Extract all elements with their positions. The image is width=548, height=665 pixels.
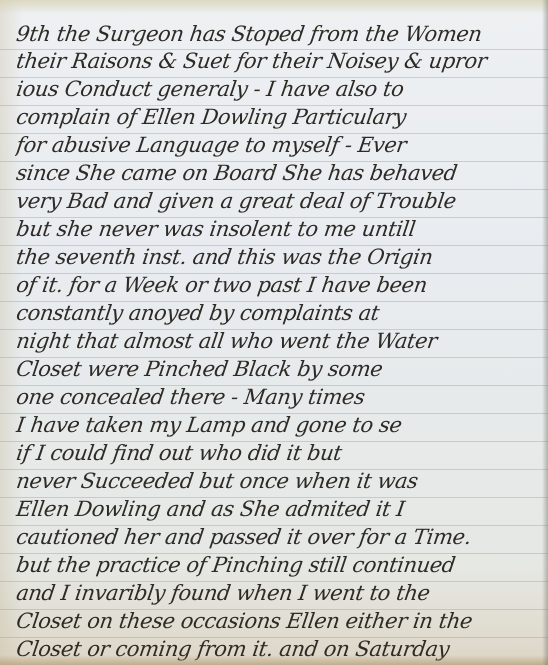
handwritten-line: never Succeeded but once when it was	[14, 469, 544, 499]
handwritten-line: Closet on these occasions Ellen either i…	[14, 609, 544, 639]
handwritten-line: but she never was insolent to me untill	[14, 217, 544, 247]
document-page: 9th the Surgeon has Stoped from the Wome…	[0, 0, 548, 665]
handwritten-line: the seventh inst. and this was the Origi…	[14, 245, 544, 275]
handwritten-line: night that almost all who went the Water	[14, 329, 544, 359]
handwritten-line: of it. for a Week or two past I have bee…	[14, 273, 544, 303]
paper-edge	[0, 655, 548, 665]
handwritten-line: if I could find out who did it but	[14, 441, 544, 471]
handwritten-line: complain of Ellen Dowling Particulary	[14, 105, 544, 135]
handwritten-line: cautioned her and passed it over for a T…	[14, 525, 544, 555]
handwritten-line: but the practice of Pinching still conti…	[14, 553, 544, 583]
handwritten-line: constantly anoyed by complaints at	[14, 301, 544, 331]
handwritten-line: since She came on Board She has behaved	[14, 161, 544, 191]
handwritten-line: Closet were Pinched Black by some	[14, 357, 544, 387]
handwritten-line: ious Conduct generaly - I have also to	[14, 77, 544, 107]
handwritten-line: one concealed there - Many times	[14, 385, 544, 415]
handwritten-line: their Raisons & Suet for their Noisey & …	[14, 49, 544, 79]
handwritten-line: very Bad and given a great deal of Troub…	[14, 189, 544, 219]
handwritten-line: and I invaribly found when I went to the	[14, 581, 544, 611]
handwritten-line: for abusive Language to myself - Ever	[14, 133, 544, 163]
handwritten-line: I have taken my Lamp and gone to se	[14, 413, 544, 443]
handwritten-line: 9th the Surgeon has Stoped from the Wome…	[14, 22, 544, 52]
paper-stain	[0, 0, 548, 14]
handwritten-line: Ellen Dowling and as She admited it I	[14, 497, 544, 527]
